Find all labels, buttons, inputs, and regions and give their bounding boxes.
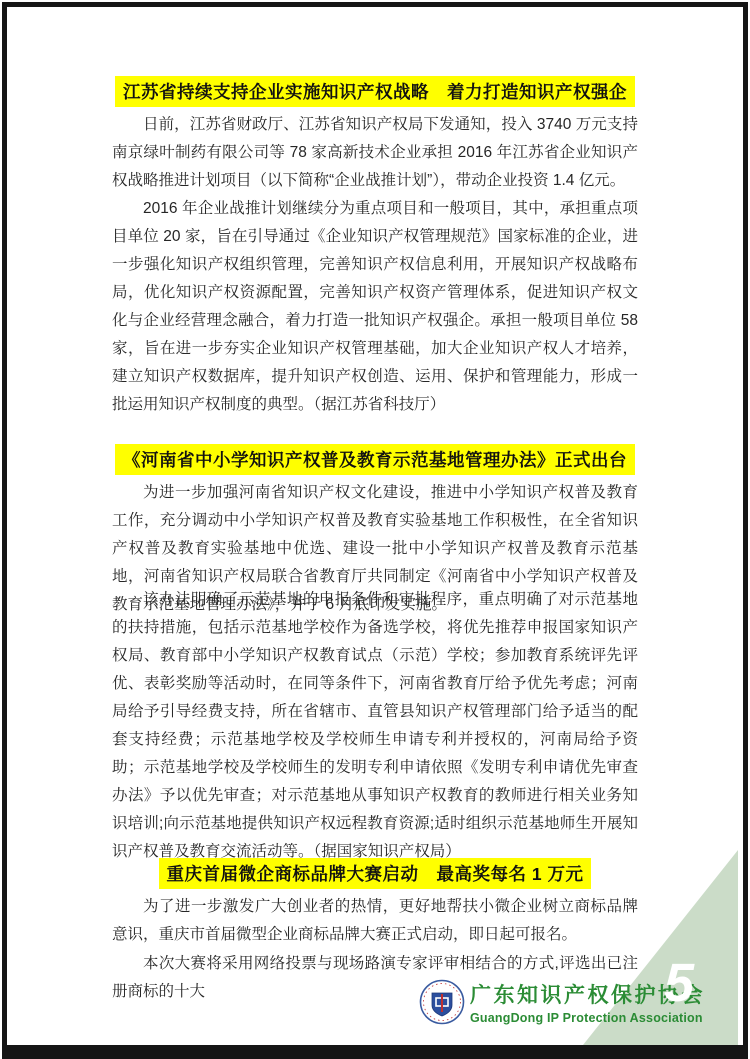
article-3-headline-row: 重庆首届微企商标品牌大赛启动 最高奖每名 1 万元 bbox=[0, 858, 750, 889]
page-number: 5 bbox=[664, 952, 694, 1014]
article-2-title: 《河南省中小学知识产权普及教育示范基地管理办法》正式出台 bbox=[115, 444, 635, 475]
article-1-title: 江苏省持续支持企业实施知识产权战略 着力打造知识产权强企 bbox=[115, 76, 635, 107]
article-1-paragraph-2: 2016 年企业战推计划继续分为重点项目和一般项目，其中，承担重点项目单位 20… bbox=[112, 195, 638, 419]
article-1-paragraph-1: 日前，江苏省财政厅、江苏省知识产权局下发通知，投入 3740 万元支持南京绿叶制… bbox=[112, 111, 638, 195]
association-logo-icon bbox=[419, 979, 465, 1025]
article-3-title: 重庆首届微企商标品牌大赛启动 最高奖每名 1 万元 bbox=[159, 858, 592, 889]
article-2-headline-row: 《河南省中小学知识产权普及教育示范基地管理办法》正式出台 bbox=[0, 444, 750, 475]
article-3-paragraph-1: 为了进一步激发广大创业者的热情，更好地帮扶小微企业树立商标品牌意识，重庆市首届微… bbox=[112, 893, 638, 949]
article-1-headline-row: 江苏省持续支持企业实施知识产权战略 着力打造知识产权强企 bbox=[0, 76, 750, 107]
page-content: 江苏省持续支持企业实施知识产权战略 着力打造知识产权强企 日前，江苏省财政厅、江… bbox=[0, 0, 750, 1059]
article-2-paragraph-2: 该办法明确了示范基地的申报条件和审批程序，重点明确了对示范基地的扶持措施，包括示… bbox=[112, 586, 638, 866]
